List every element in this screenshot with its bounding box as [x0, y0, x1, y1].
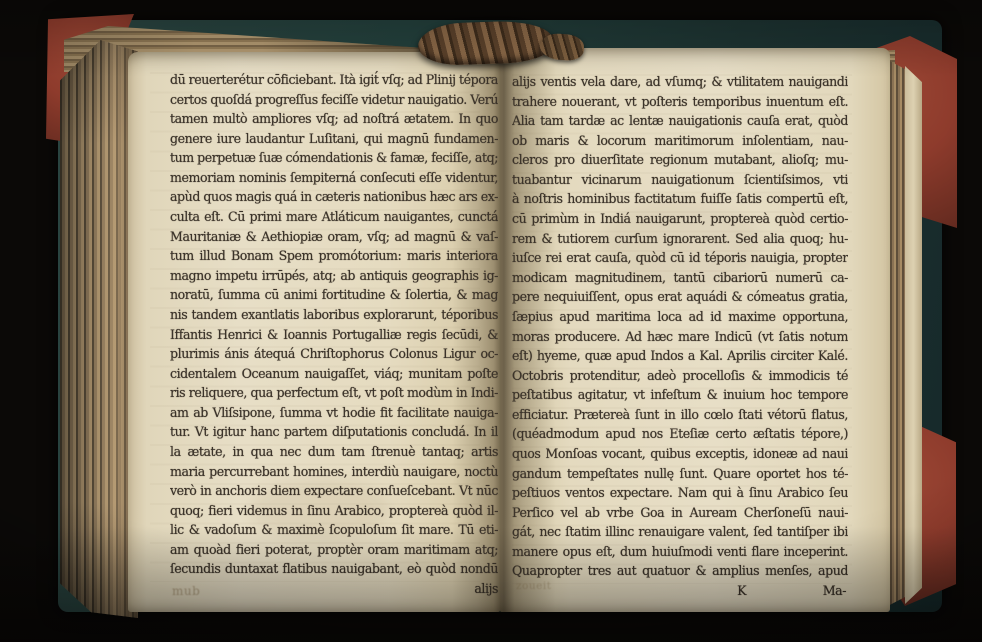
text-line: plurimis ánis átequá Chriſtophorus Colon…	[170, 344, 498, 364]
right-page-footer: K Ma-	[512, 581, 848, 601]
show-through-mark-left: mub	[172, 584, 200, 598]
text-line: ſæpius apud maritima loca ad id maxime o…	[512, 307, 848, 327]
show-through-mark-right: zoueit	[516, 580, 551, 592]
text-line: Quapropter tres aut quatuor & amplius me…	[512, 561, 848, 581]
text-line: certos quoſdá progreſſus feciſſe videtur…	[170, 90, 498, 110]
text-line: ſecundis duntaxat flatibus nauigabant, e…	[170, 559, 498, 579]
text-line: lic & vadoſum & maximè ſcopuloſum ſit ma…	[170, 520, 498, 540]
left-page-lines: dū reuerterétur cōficiebant. Ità igit́ v…	[170, 70, 498, 579]
page-edges-left	[60, 40, 138, 618]
book-scan: dū reuerterétur cōficiebant. Ità igit́ v…	[0, 0, 982, 642]
text-line: quos Monſoas vocant, quibus exceptis, id…	[512, 444, 848, 464]
text-line: eſt) hyeme, quæ apud Indos a Kal. Aprili…	[512, 346, 848, 366]
signature-mark: K	[737, 581, 746, 601]
text-line: trahere nouerant, vt poſteris temporibus…	[512, 92, 848, 112]
text-line: Mauritaniæ & Aethiopiæ oram, vſq; ad mag…	[170, 227, 498, 247]
text-line: maria percurrebant homines, interdiù nau…	[170, 462, 498, 482]
text-line: noratū, ſumma cū animi fortitudine & ſol…	[170, 285, 498, 305]
text-line: magno impetu irrūpés, atq; ab antiquis g…	[170, 266, 498, 286]
text-line: dū reuerterétur cōficiebant. Ità igit́ v…	[170, 70, 498, 90]
text-line: tum illud Bonam Spem promótorium: maris …	[170, 246, 498, 266]
text-line: modicam magnitudinem, tantū cibariorū nu…	[512, 268, 848, 288]
text-line: verò in anchoris diem expectare conſueſc…	[170, 481, 498, 501]
text-line: ris reliquere, qua perfectum eſt, vt poſ…	[170, 383, 498, 403]
text-line: cidentalem Oceanum nauigaſſet, viáq; mun…	[170, 364, 498, 384]
text-line: pere nequiuiſſent, opus erat aquádi & có…	[512, 287, 848, 307]
text-line: am ab Vliſsipone, ſumma vt hodie fit fac…	[170, 403, 498, 423]
text-line: tum perpetuæ ſuæ cómendationis & famæ, f…	[170, 148, 498, 168]
text-line: Alia tam tardæ ac lentæ nauigationis cau…	[512, 111, 848, 131]
text-line: efficiatur. Prætereà ſunt in illo cœlo ſ…	[512, 405, 848, 425]
text-line: alijs ventis vela dare, ad vſumq; & vtil…	[512, 72, 848, 92]
text-line: Octobris protenditur, adeò procelloſis &…	[512, 366, 848, 386]
text-line: manere opus eſt, dum huiuſmodi venti fla…	[512, 542, 848, 562]
text-line: à noſtris hominibus factitatum fuiſſe ſa…	[512, 189, 848, 209]
text-line: culta eſt. Cū primi mare Atláticum nauig…	[170, 207, 498, 227]
text-line: moras producere. Ad hæc mare Indicū (vt …	[512, 327, 848, 347]
text-line: gát, nec ſtatim illinc renauigare valent…	[512, 522, 848, 542]
left-page-catchword: alijs	[170, 579, 498, 599]
right-page-lines: alijs ventis vela dare, ad vſumq; & vtil…	[512, 72, 848, 581]
text-line: cleros pro diuerſitate regionum mutabant…	[512, 150, 848, 170]
text-line: am quoàd fieri poterat, proptèr oram mar…	[170, 540, 498, 560]
text-line: Perſico vel ab vrbe Goa in Auream Cherſo…	[512, 503, 848, 523]
right-page-text: alijs ventis vela dare, ad vſumq; & vtil…	[512, 72, 848, 601]
right-page-catchword: Ma-	[823, 581, 846, 601]
text-line: tuabantur vicinarum nauigationum ſcienti…	[512, 170, 848, 190]
text-line: iuſce rei erat cauſa, quòd cū id téporis…	[512, 248, 848, 268]
text-line: apùd quos magis quá in cæteris nationibu…	[170, 187, 498, 207]
text-line: ob maris & locorum maritimorum inſolenti…	[512, 131, 848, 151]
left-page-text: dū reuerterétur cōficiebant. Ità igit́ v…	[170, 70, 498, 599]
text-line: rem & tutiorem curſum ignorarent. Sed al…	[512, 229, 848, 249]
text-line: tamen multò ampliores vſq; ad noſtrá æta…	[170, 109, 498, 129]
text-line: tur. Vt igitur hanc partem diſputationis…	[170, 422, 498, 442]
text-line: Iffantis Henrici & Ioannis Portugalliæ r…	[170, 325, 498, 345]
text-line: (quéadmodum apud nos Eteſiæ certo æſtati…	[512, 424, 848, 444]
text-line: peſtiuos ventos expectare. Nam qui à ſin…	[512, 483, 848, 503]
text-line: peſtatibus agitatur, vt infeſtum & inuiu…	[512, 385, 848, 405]
fore-edge-sliver	[905, 66, 922, 604]
text-line: genere iure laudantur Luſitani, qui magn…	[170, 129, 498, 149]
text-line: cū primùm in Indiá nauigarunt, proptereà…	[512, 209, 848, 229]
text-line: memoriam nominis ſempiterná conſecuti eſ…	[170, 168, 498, 188]
text-line: gandum tempeſtates nullę ſunt. Quare opo…	[512, 464, 848, 484]
text-line: quoq; fieri videmus in ſinu Arabico, pro…	[170, 501, 498, 521]
text-line: nis tandem exantlatis laboribus explorar…	[170, 305, 498, 325]
text-line: la ætate, in qua nec dum tam ſtrenuè tan…	[170, 442, 498, 462]
